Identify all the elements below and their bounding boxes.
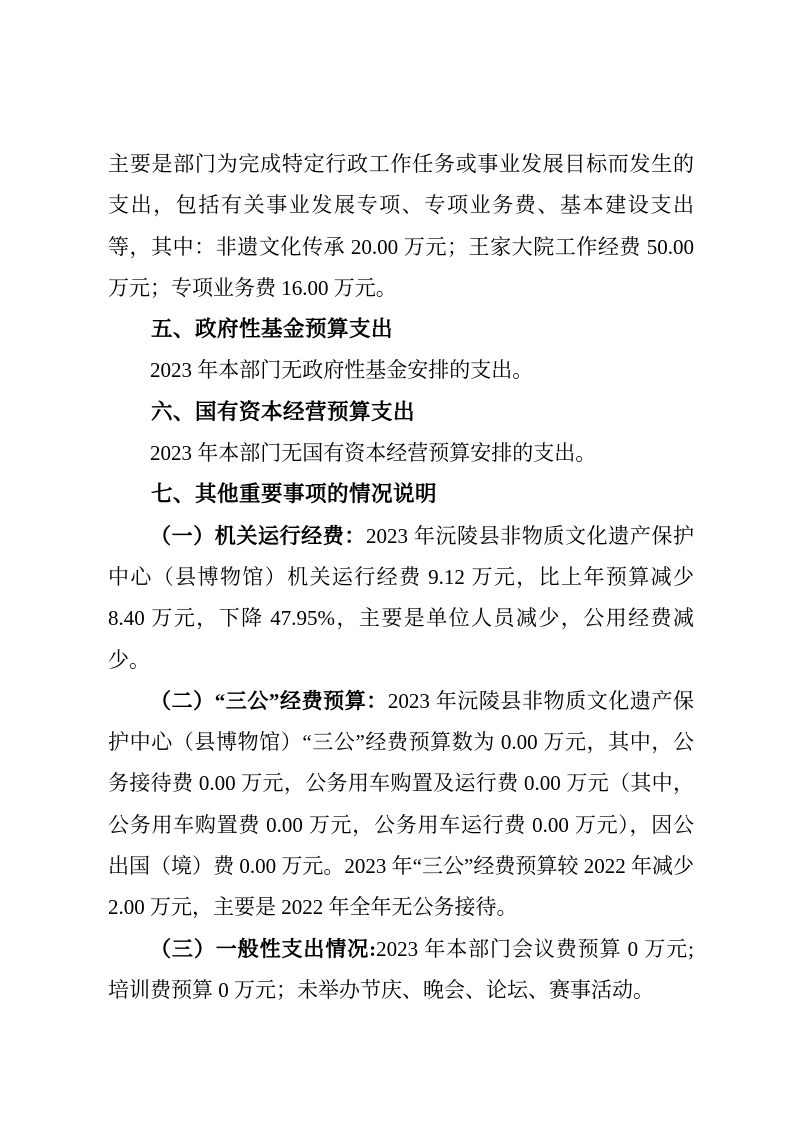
subsection-2-lead: （二）“三公”经费预算： (150, 689, 388, 713)
intro-paragraph: 主要是部门为完成特定行政工作任务或事业发展目标而发生的支出，包括有关事业发展专项… (108, 144, 694, 309)
section-7-heading: 七、其他重要事项的情况说明 (108, 474, 694, 515)
section-5-body: 2023 年本部门无政府性基金安排的支出。 (108, 350, 694, 391)
subsection-3-paragraph: （三）一般性支出情况:2023 年本部门会议费预算 0 万元; 培训费预算 0 … (108, 929, 694, 1012)
subsection-2-paragraph: （二）“三公”经费预算：2023 年沅陵县非物质文化遗产保护中心（县博物馆）“三… (108, 681, 694, 929)
document-page: 主要是部门为完成特定行政工作任务或事业发展目标而发生的支出，包括有关事业发展专项… (0, 0, 793, 1122)
subsection-2-text: 2023 年沅陵县非物质文化遗产保护中心（县博物馆）“三公”经费预算数为 0.0… (108, 689, 694, 919)
subsection-3-lead: （三）一般性支出情况: (150, 937, 376, 961)
subsection-1-paragraph: （一）机关运行经费：2023 年沅陵县非物质文化遗产保护中心（县博物馆）机关运行… (108, 516, 694, 681)
subsection-1-lead: （一）机关运行经费： (150, 524, 366, 548)
section-6-body: 2023 年本部门无国有资本经营预算安排的支出。 (108, 433, 694, 474)
section-5-heading: 五、政府性基金预算支出 (108, 309, 694, 350)
section-6-heading: 六、国有资本经营预算支出 (108, 392, 694, 433)
